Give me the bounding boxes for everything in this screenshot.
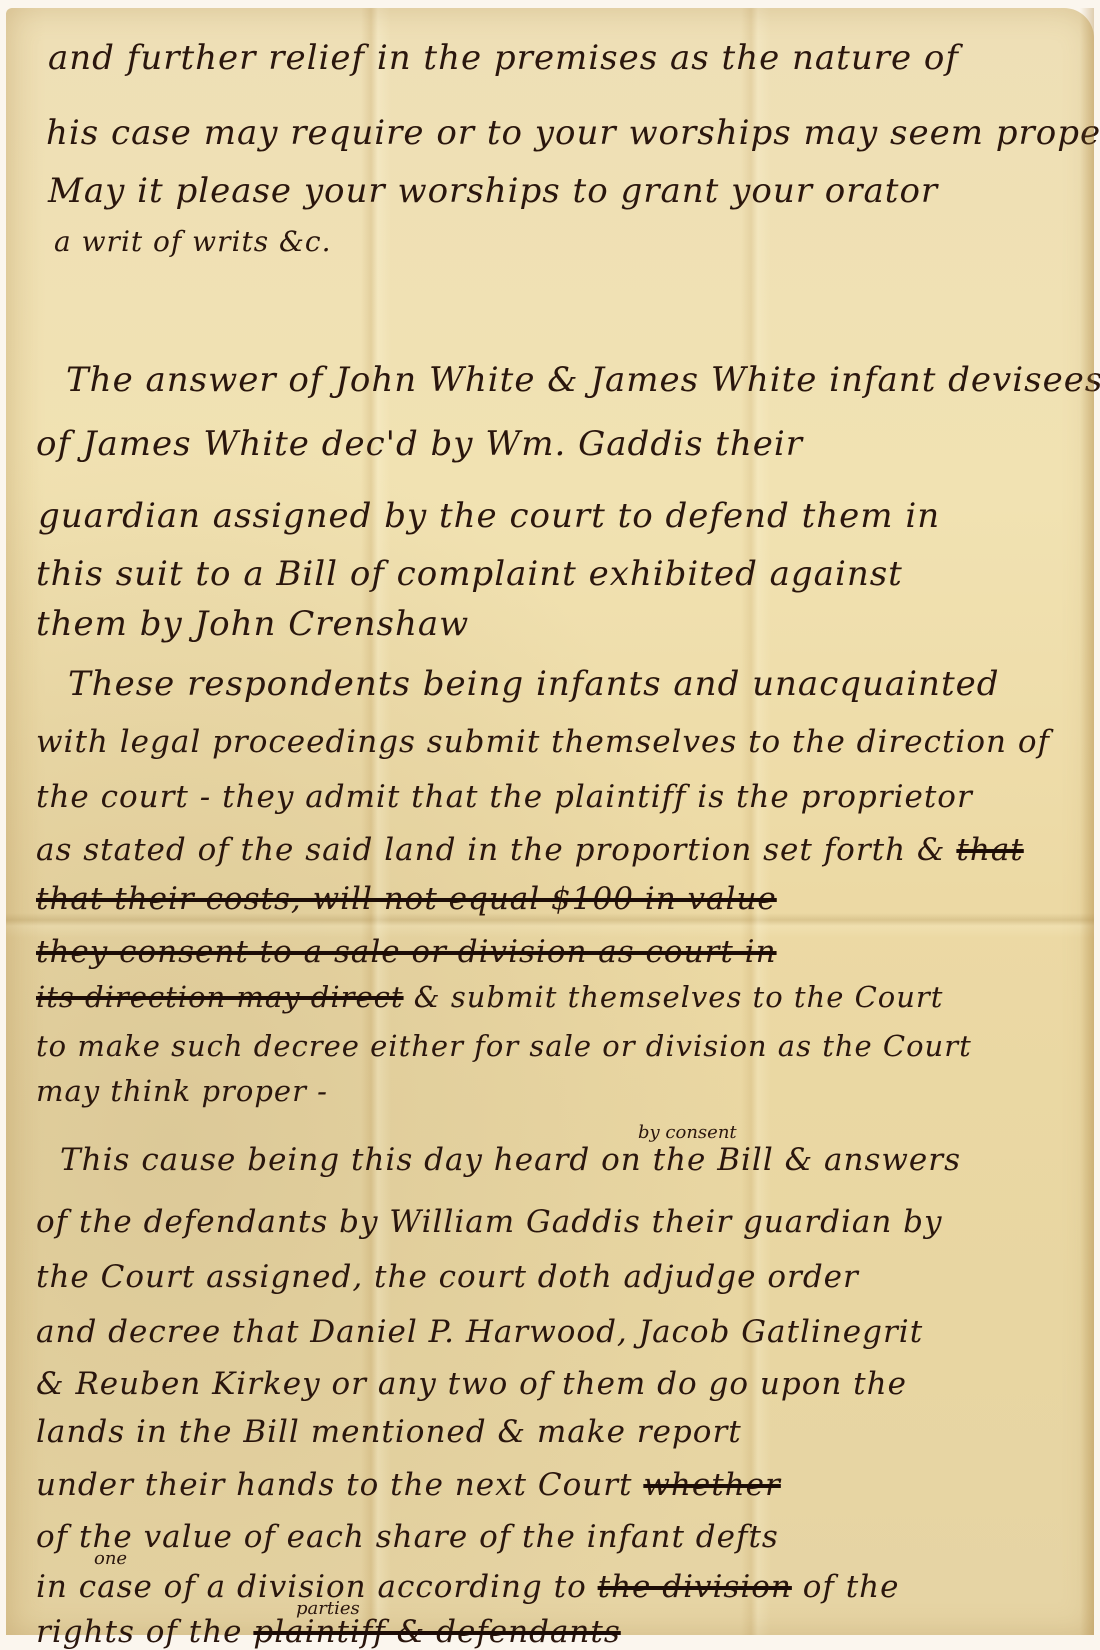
struck-text: the division bbox=[598, 1569, 792, 1605]
line-text: as stated of the said land in the propor… bbox=[36, 832, 946, 868]
manuscript-line: May it please your worships to grant you… bbox=[48, 171, 938, 211]
struck-text: that their costs, will not equal $100 in… bbox=[36, 881, 777, 917]
manuscript-line: his case may require or to your worships… bbox=[46, 113, 1100, 153]
manuscript-line: its direction may direct & submit themse… bbox=[36, 980, 943, 1014]
manuscript-line: of James White dec'd by Wm. Gaddis their bbox=[36, 424, 803, 464]
manuscript-line: them by John Crenshaw bbox=[36, 604, 469, 644]
struck-text: plaintiff & defendants bbox=[253, 1614, 620, 1635]
manuscript-line: in case of a division according to the d… bbox=[36, 1569, 900, 1605]
manuscript-line: of the value of each share of the infant… bbox=[36, 1519, 779, 1555]
manuscript-line: as stated of the said land in the propor… bbox=[36, 832, 1024, 868]
manuscript-line: rights of the plaintiff & defendants bbox=[36, 1614, 621, 1635]
manuscript-line: of the defendants by William Gaddis thei… bbox=[36, 1204, 943, 1240]
manuscript-line: the Court assigned, the court doth adjud… bbox=[36, 1259, 859, 1295]
manuscript-line: These respondents being infants and unac… bbox=[68, 664, 1000, 704]
line-text: & submit themselves to the Court bbox=[414, 980, 944, 1014]
struck-text: whether bbox=[643, 1467, 780, 1503]
line-text: of the bbox=[803, 1569, 900, 1605]
interlinear-insertion: by consent bbox=[638, 1122, 737, 1143]
manuscript-line: & Reuben Kirkey or any two of them do go… bbox=[36, 1366, 907, 1402]
manuscript-line: lands in the Bill mentioned & make repor… bbox=[36, 1414, 742, 1450]
manuscript-line: may think proper - bbox=[36, 1074, 328, 1108]
manuscript-line: The answer of John White & James White i… bbox=[66, 360, 1100, 400]
line-text: rights of the bbox=[36, 1614, 243, 1635]
manuscript-line: and decree that Daniel P. Harwood, Jacob… bbox=[36, 1314, 923, 1350]
manuscript-line: this suit to a Bill of complaint exhibit… bbox=[36, 554, 903, 594]
line-text: under their hands to the next Court bbox=[36, 1467, 633, 1503]
manuscript-line: to make such decree either for sale or d… bbox=[36, 1029, 972, 1063]
manuscript-line: with legal proceedings submit themselves… bbox=[36, 724, 1050, 760]
struck-text: its direction may direct bbox=[36, 980, 404, 1014]
manuscript-line: under their hands to the next Court whet… bbox=[36, 1467, 781, 1503]
manuscript-line: This cause being this day heard on the B… bbox=[60, 1142, 961, 1178]
interlinear-insertion: one bbox=[94, 1548, 127, 1569]
manuscript-page: and further relief in the premises as th… bbox=[6, 8, 1094, 1635]
struck-text: they consent to a sale or division as co… bbox=[36, 934, 777, 970]
manuscript-line: guardian assigned by the court to defend… bbox=[38, 496, 940, 536]
manuscript-line: a writ of writs &c. bbox=[54, 225, 332, 258]
manuscript-line: the court - they admit that the plaintif… bbox=[36, 779, 973, 815]
manuscript-line: they consent to a sale or division as co… bbox=[36, 934, 777, 970]
manuscript-line: and further relief in the premises as th… bbox=[48, 38, 959, 78]
struck-text: that bbox=[956, 832, 1023, 868]
manuscript-line: that their costs, will not equal $100 in… bbox=[36, 881, 777, 917]
